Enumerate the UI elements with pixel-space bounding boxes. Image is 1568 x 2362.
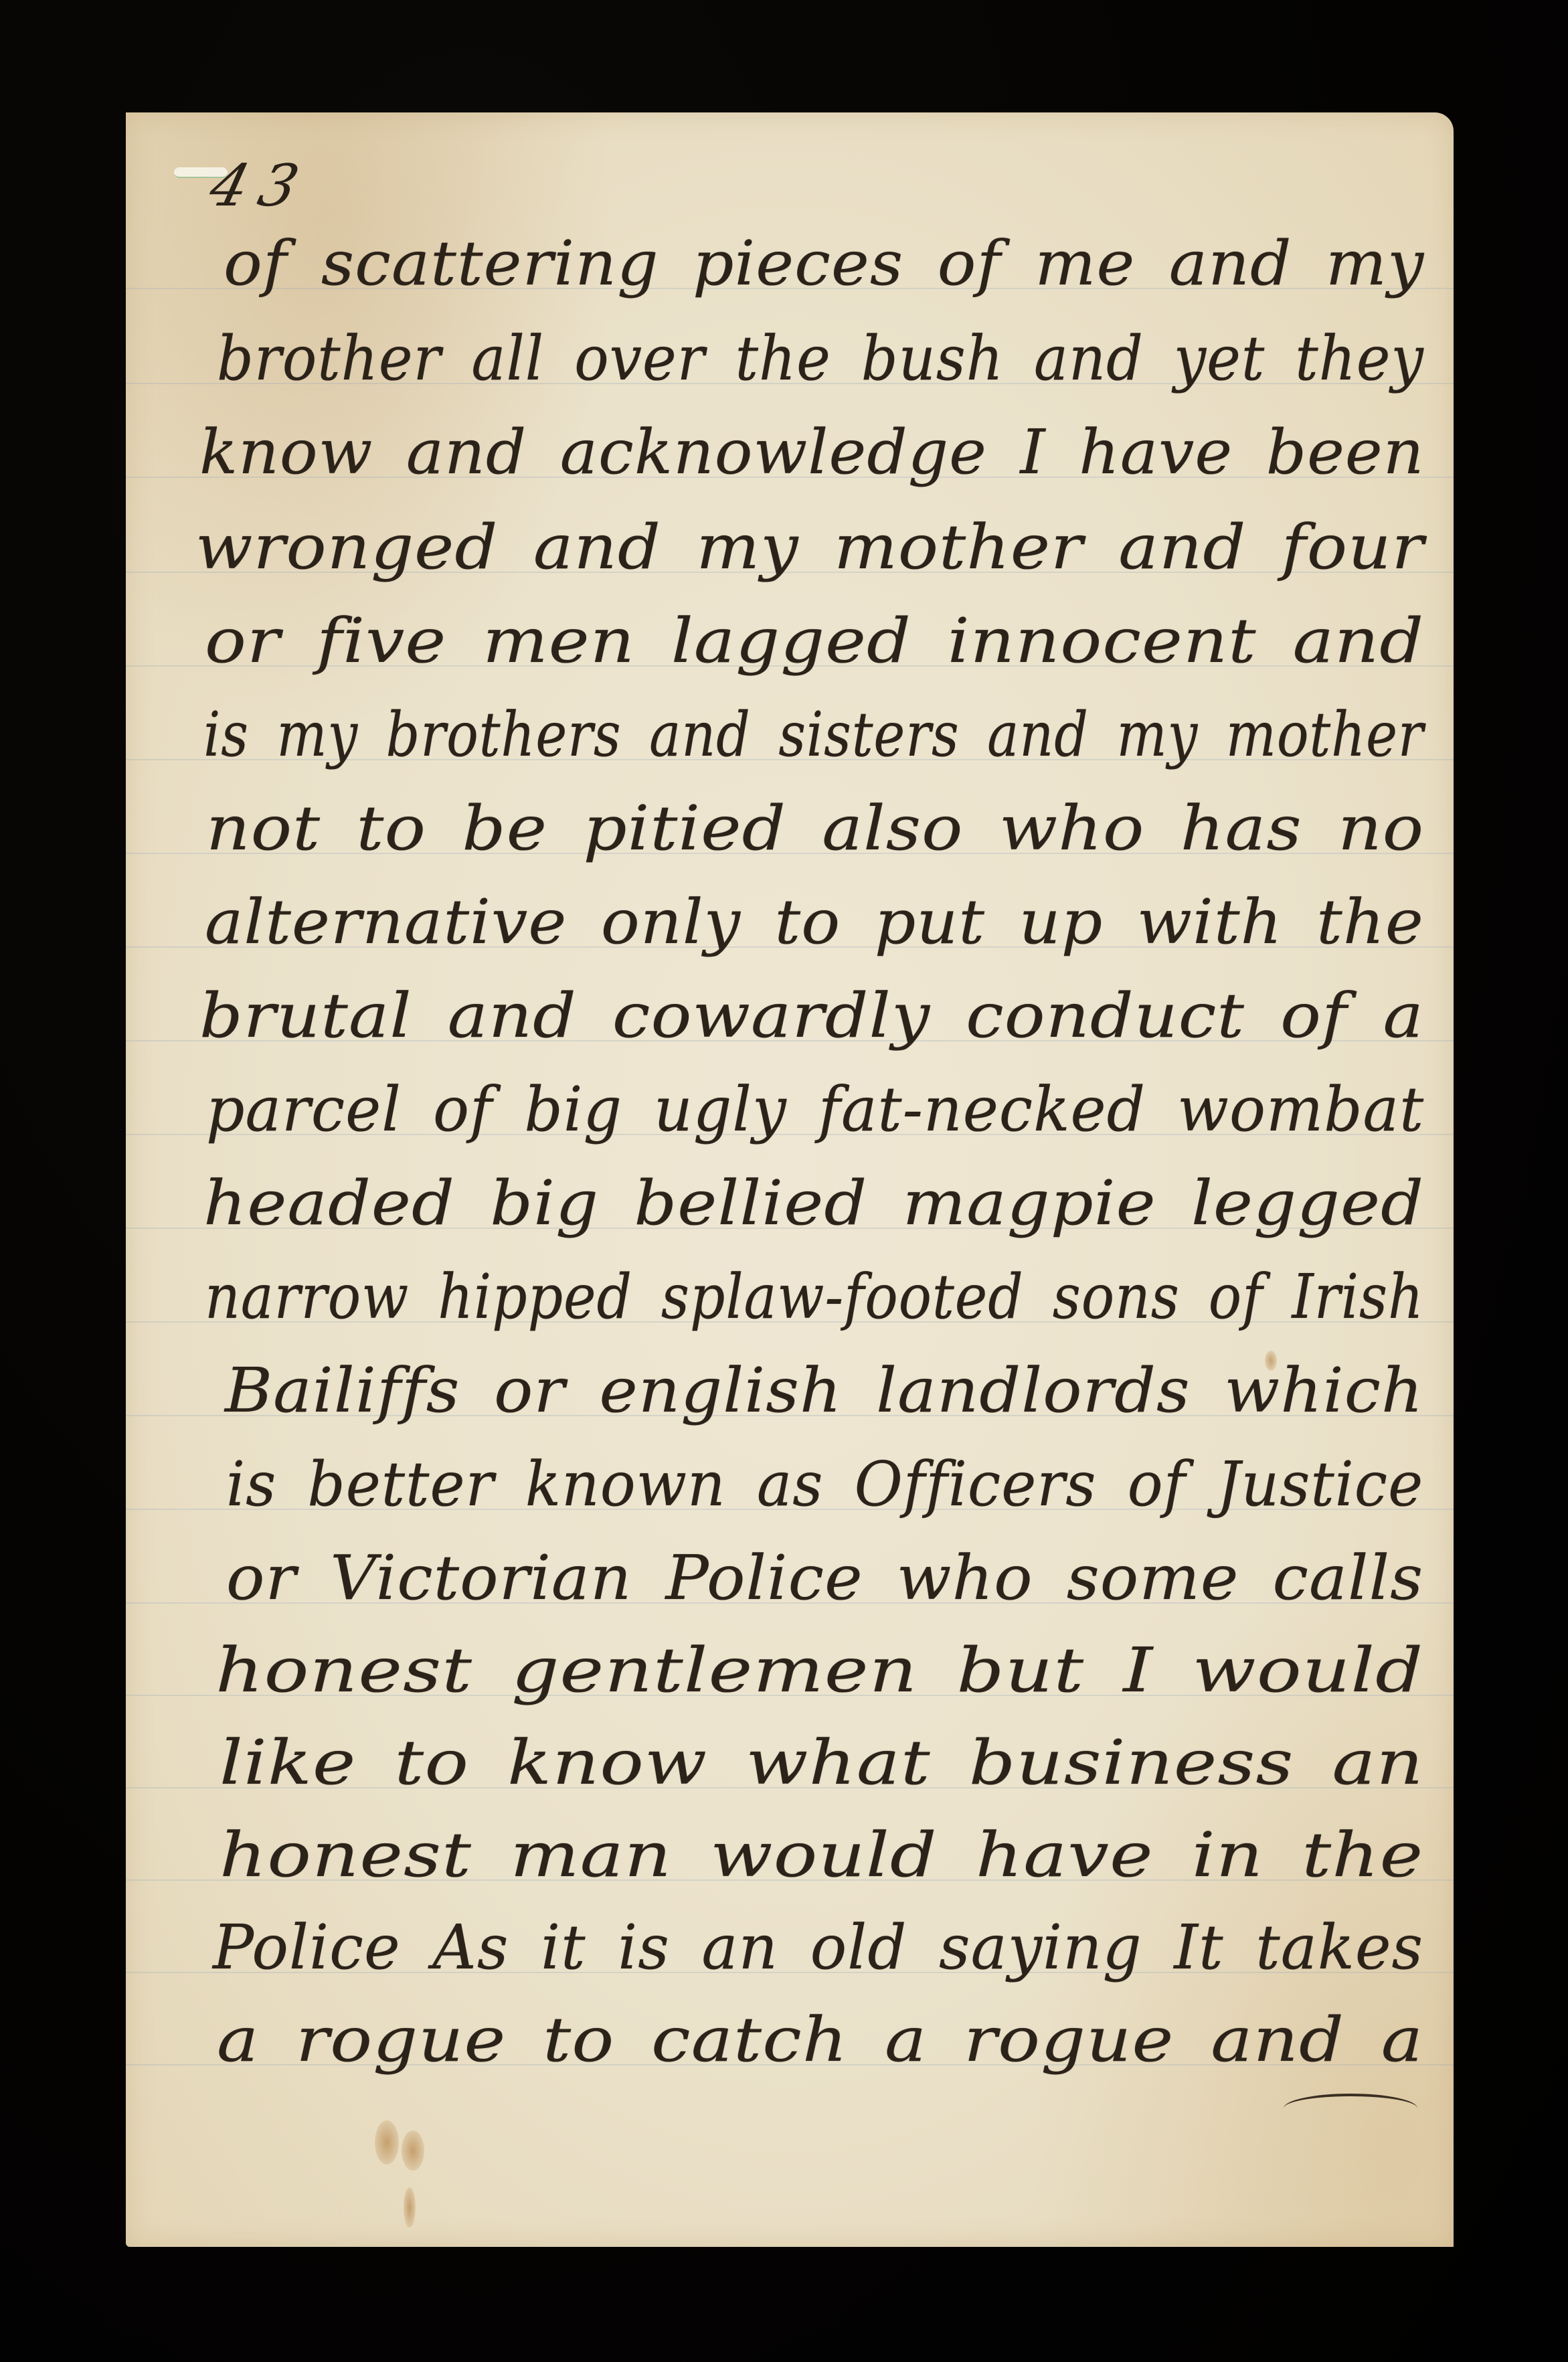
manuscript-line: is better known as Officers of Justice xyxy=(226,1454,1423,1515)
manuscript-line: wronged and my mother and four xyxy=(195,517,1424,578)
manuscript-line: honest man would have in the xyxy=(220,1825,1423,1886)
manuscript-line: or Victorian Police who some calls xyxy=(226,1547,1423,1609)
manuscript-line: brutal and cowardly conduct of a xyxy=(199,985,1424,1047)
manuscript-line: not to be pitied also who has no xyxy=(206,798,1424,859)
pen-flourish xyxy=(1284,2094,1417,2123)
foxing-stain xyxy=(404,2187,416,2227)
manuscript-line: brother all over the bush and yet they xyxy=(217,328,1424,390)
page-number: 43 xyxy=(203,153,317,220)
manuscript-line: of scattering pieces of me and my xyxy=(224,233,1424,294)
manuscript-line: headed big bellied magpie legged xyxy=(203,1173,1424,1234)
manuscript-line: parcel of big ugly fat-necked wombat xyxy=(206,1079,1424,1141)
manuscript-line: narrow hipped splaw-footed sons of Irish xyxy=(205,1266,1424,1328)
manuscript-line: is my brothers and sisters and my mother xyxy=(203,704,1424,766)
manuscript-line: Police As it is an old saying It takes xyxy=(213,1917,1423,1978)
manuscript-line: a rogue to catch a rogue and a xyxy=(217,2009,1423,2071)
manuscript-line: or five men lagged innocent and xyxy=(205,610,1424,672)
manuscript-line: know and acknowledge I have been xyxy=(199,422,1425,483)
foxing-stain xyxy=(402,2130,424,2171)
manuscript-line: Bailiffs or english landlords which xyxy=(225,1360,1423,1422)
manuscript-line: honest gentlemen but I would xyxy=(215,1640,1423,1701)
manuscript-line: alternative only to put up with the xyxy=(205,892,1424,953)
foxing-stain xyxy=(375,2120,399,2165)
manuscript-line: like to know what business an xyxy=(220,1732,1424,1794)
manuscript-page: 43 of scattering pieces of me and my bro… xyxy=(126,112,1454,2247)
